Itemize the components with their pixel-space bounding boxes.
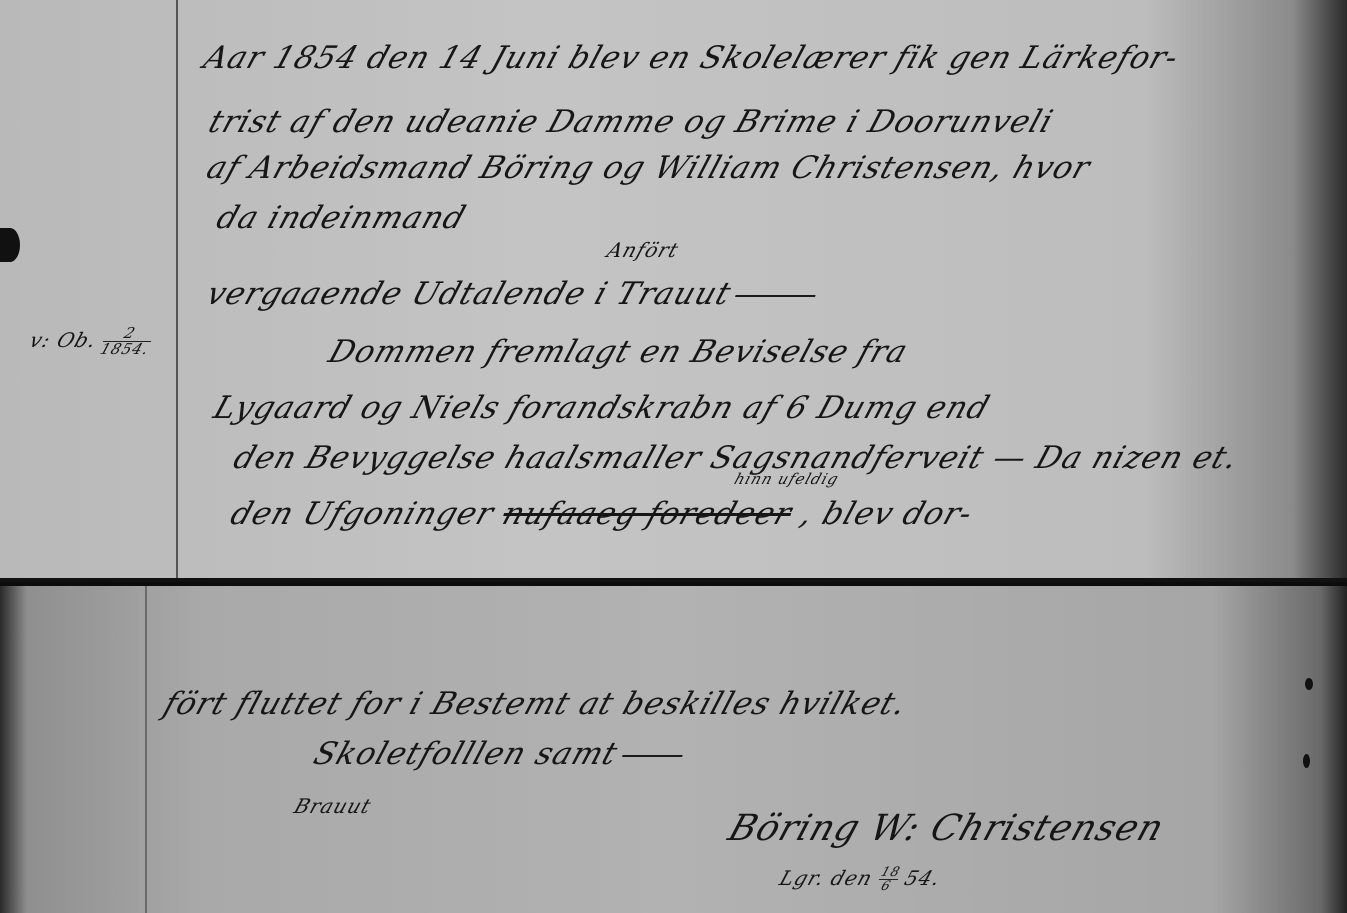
struck-text: nufaaeg foredeer [498,496,797,532]
text-line-8: den Bevyggelse haalsmaller Sagsnandferve… [229,440,1243,476]
text-insertion-hinn-ufeldig: hinn ufeldig [732,470,841,488]
text-line-3: af Arbeidsmand Böring og William Christe… [202,150,1095,186]
text-line-5: vergaaende Udtalende i Trauut [202,276,822,312]
text-line-1: Aar 1854 den 14 Juni blev en Skolelærer … [199,40,1183,76]
text-line-6: Dommen fremlagt en Beviselse fra [324,334,913,370]
text-line-2: trist af den udeanie Damme og Brime i Do… [204,104,1058,140]
margin-note-prefix: v: Ob. [27,328,108,352]
margin-rule [145,586,147,913]
top-page-scan: v: Ob. 2 1854. Aar 1854 den 14 Juni blev… [0,0,1347,578]
signatures: Böring W: Christensen [723,808,1169,849]
bottom-page-scan: fört fluttet for i Bestemt at beskilles … [0,582,1347,913]
ink-dot [1305,678,1313,690]
left-signature: Brauut [291,794,375,818]
margin-note-fraction: 2 1854. [98,326,156,357]
ink-dot [1303,754,1310,768]
footer-note: Lgr. den 18 6 54. [776,866,945,893]
text-line-9: den Ufgoninger nufaaeg foredeer , blev d… [226,496,977,532]
margin-rule [176,0,178,578]
text-line-7: Lygaard og Niels forandskrabn af 6 Dumg … [209,390,994,426]
margin-note: v: Ob. 2 1854. [25,326,156,357]
bottom-text-line-1: fört fluttet for i Bestemt at beskilles … [159,686,911,722]
text-insertion-anfort: Anfört [604,238,682,262]
bottom-text-line-2: Skoletfolllen samt [309,736,688,772]
ink-blot [0,228,20,262]
dash-line [735,295,816,297]
dash-line [622,755,683,757]
text-line-4: da indeinmand [212,200,471,236]
